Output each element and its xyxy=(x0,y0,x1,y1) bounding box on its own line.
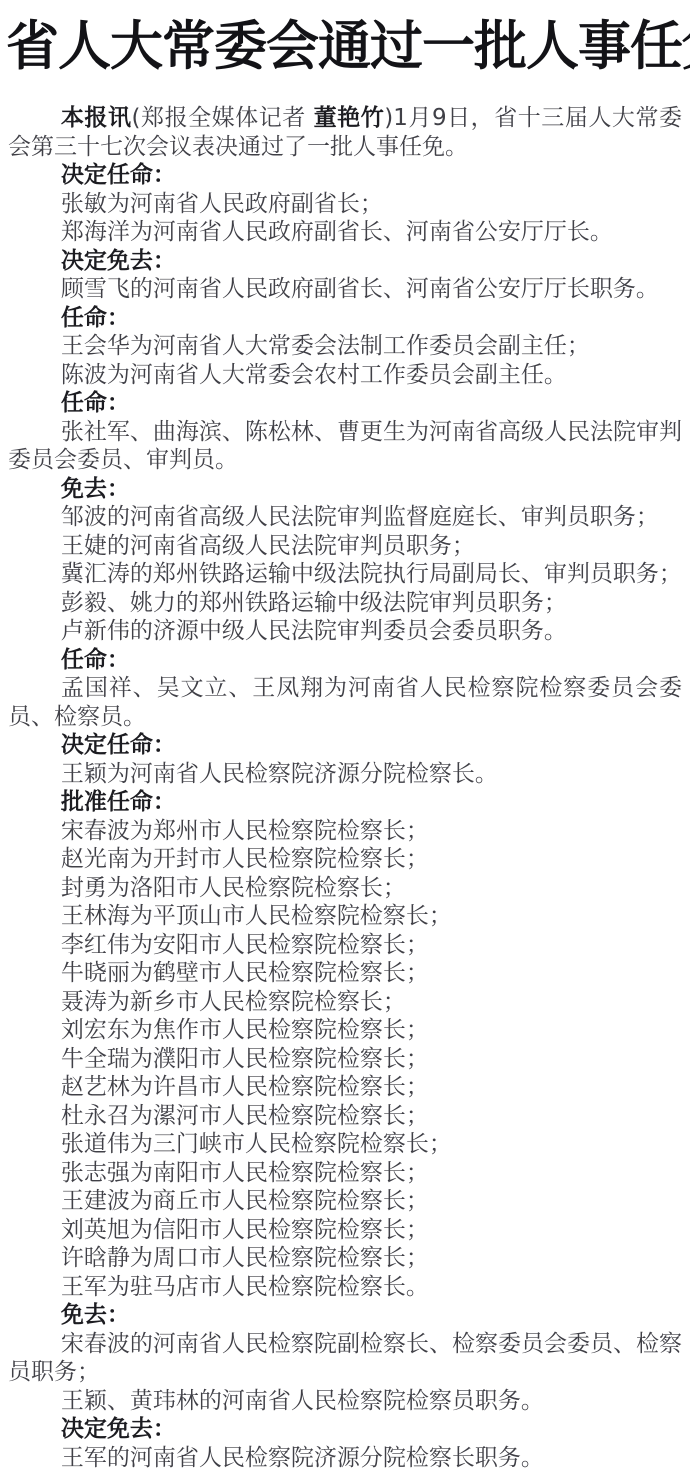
appointment-item: 王军的河南省人民检察院济源分院检察长职务。 xyxy=(8,1444,682,1472)
appointment-item: 赵艺林为许昌市人民检察院检察长； xyxy=(8,1073,682,1102)
appointment-item: 王婕的河南省高级人民法院审判员职务； xyxy=(8,532,682,561)
section-heading: 决定免去： xyxy=(8,247,682,276)
appointment-item: 牛全瑞为濮阳市人民检察院检察长； xyxy=(8,1045,682,1074)
section-heading: 决定任命： xyxy=(8,731,682,760)
section-heading: 任命： xyxy=(8,304,682,333)
appointment-item: 李红伟为安阳市人民检察院检察长； xyxy=(8,931,682,960)
appointment-item: 王颖为河南省人民检察院济源分院检察长。 xyxy=(8,760,682,789)
appointment-item: 郑海洋为河南省人民政府副省长、河南省公安厅厅长。 xyxy=(8,218,682,247)
appointment-item: 许晗静为周口市人民检察院检察长； xyxy=(8,1244,682,1273)
appointment-item: 宋春波的河南省人民检察院副检察长、检察委员会委员、检察员职务； xyxy=(8,1330,682,1387)
appointment-item: 张敏为河南省人民政府副省长； xyxy=(8,190,682,219)
appointment-item: 卢新伟的济源中级人民法院审判委员会委员职务。 xyxy=(8,617,682,646)
appointment-item: 王颖、黄玮林的河南省人民检察院检察员职务。 xyxy=(8,1387,682,1416)
appointment-item: 宋春波为郑州市人民检察院检察长； xyxy=(8,817,682,846)
appointment-item: 刘英旭为信阳市人民检察院检察长； xyxy=(8,1216,682,1245)
lead-byline-regular: (郑报全媒体记者 xyxy=(132,105,314,131)
appointment-item: 顾雪飞的河南省人民政府副省长、河南省公安厅厅长职务。 xyxy=(8,275,682,304)
appointment-item: 陈波为河南省人大常委会农村工作委员会副主任。 xyxy=(8,361,682,390)
appointment-item: 聂涛为新乡市人民检察院检察长； xyxy=(8,988,682,1017)
appointment-item: 冀汇涛的郑州铁路运输中级法院执行局副局长、审判员职务； xyxy=(8,560,682,589)
appointment-item: 刘宏东为焦作市人民检察院检察长； xyxy=(8,1016,682,1045)
appointment-item: 彭毅、姚力的郑州铁路运输中级法院审判员职务； xyxy=(8,589,682,618)
section-heading: 任命： xyxy=(8,389,682,418)
lead-paragraph: 本报讯(郑报全媒体记者 董艳竹)1月9日，省十三届人大常委会第三十七次会议表决通… xyxy=(8,104,682,161)
section-heading: 决定任命： xyxy=(8,161,682,190)
appointment-item: 封勇为洛阳市人民检察院检察长； xyxy=(8,874,682,903)
appointment-item: 孟国祥、吴文立、王凤翔为河南省人民检察院检察委员会委员、检察员。 xyxy=(8,674,682,731)
appointment-item: 王林海为平顶山市人民检察院检察长； xyxy=(8,902,682,931)
appointment-item: 杜永召为漯河市人民检察院检察长； xyxy=(8,1102,682,1131)
section-heading: 免去： xyxy=(8,1301,682,1330)
appointment-item: 张志强为南阳市人民检察院检察长； xyxy=(8,1159,682,1188)
section-heading: 任命： xyxy=(8,646,682,675)
section-heading: 批准任命： xyxy=(8,788,682,817)
appointment-item: 张社军、曲海滨、陈松林、曹更生为河南省高级人民法院审判委员会委员、审判员。 xyxy=(8,418,682,475)
appointment-item: 邹波的河南省高级人民法院审判监督庭庭长、审判员职务； xyxy=(8,503,682,532)
article-page: 省人大常委会通过一批人事任免 本报讯(郑报全媒体记者 董艳竹)1月9日，省十三届… xyxy=(0,0,690,1472)
appointment-item: 王会华为河南省人大常委会法制工作委员会副主任； xyxy=(8,332,682,361)
appointment-item: 王建波为商丘市人民检察院检察长； xyxy=(8,1187,682,1216)
lead-reporter-name: 董艳竹 xyxy=(314,105,385,131)
appointment-item: 牛晓丽为鹤壁市人民检察院检察长； xyxy=(8,959,682,988)
section-heading: 免去： xyxy=(8,475,682,504)
lead-byline-bold: 本报讯 xyxy=(61,105,132,131)
article-body: 本报讯(郑报全媒体记者 董艳竹)1月9日，省十三届人大常委会第三十七次会议表决通… xyxy=(0,104,690,1472)
article-title: 省人大常委会通过一批人事任免 xyxy=(0,0,690,80)
appointment-item: 赵光南为开封市人民检察院检察长； xyxy=(8,845,682,874)
section-heading: 决定免去： xyxy=(8,1415,682,1444)
appointment-sections: 决定任命：张敏为河南省人民政府副省长；郑海洋为河南省人民政府副省长、河南省公安厅… xyxy=(8,161,682,1472)
appointment-item: 王军为驻马店市人民检察院检察长。 xyxy=(8,1273,682,1302)
appointment-item: 张道伟为三门峡市人民检察院检察长； xyxy=(8,1130,682,1159)
